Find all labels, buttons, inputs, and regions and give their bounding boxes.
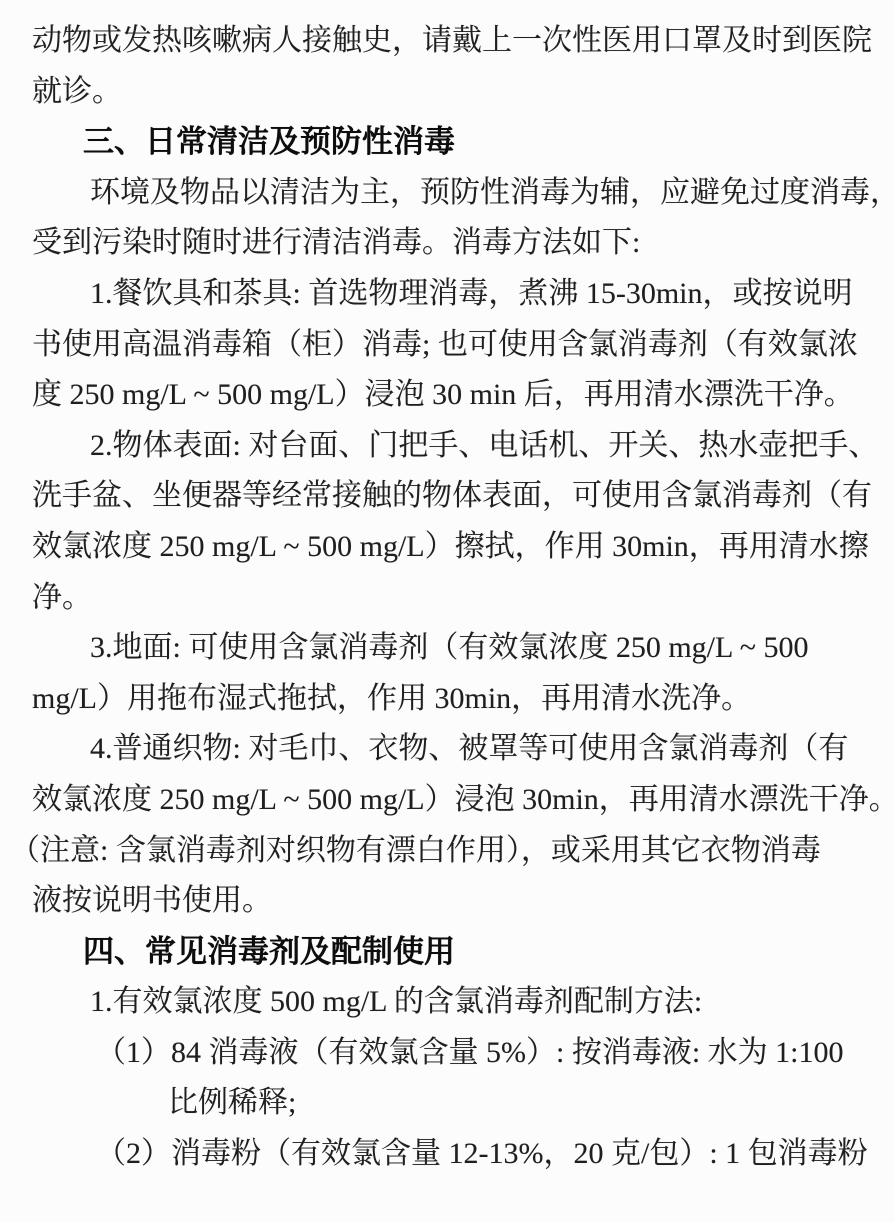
text-line: 液按说明书使用。 bbox=[32, 876, 864, 927]
list-item: 1.餐饮具和茶具: 首选物理消毒，煮沸 15-30min，或按说明 bbox=[32, 269, 864, 320]
text-line: 书使用高温消毒箱（柜）消毒; 也可使用含氯消毒剂（有效氯浓 bbox=[32, 320, 864, 371]
note-line: （注意: 含氯消毒剂对织物有漂白作用），或采用其它衣物消毒 bbox=[10, 826, 864, 877]
section-heading: 三、日常清洁及预防性消毒 bbox=[32, 117, 864, 168]
document-page: 动物或发热咳嗽病人接触史，请戴上一次性医用口罩及时到医院 就诊。 三、日常清洁及… bbox=[0, 0, 894, 1222]
text-line: mg/L）用拖布湿式拖拭，作用 30min，再用清水洗净。 bbox=[32, 674, 864, 725]
text-line: 受到污染时随时进行清洁消毒。消毒方法如下: bbox=[32, 218, 864, 269]
sub-list-item: （1）84 消毒液（有效氯含量 5%）: 按消毒液: 水为 1:100 bbox=[32, 1028, 864, 1079]
text-line: 动物或发热咳嗽病人接触史，请戴上一次性医用口罩及时到医院 bbox=[32, 16, 864, 67]
text-line: 洗手盆、坐便器等经常接触的物体表面，可使用含氯消毒剂（有 bbox=[32, 471, 864, 522]
list-item: 2.物体表面: 对台面、门把手、电话机、开关、热水壶把手、 bbox=[32, 421, 864, 472]
list-item: 3.地面: 可使用含氯消毒剂（有效氯浓度 250 mg/L ~ 500 bbox=[32, 623, 864, 674]
list-item: 4.普通织物: 对毛巾、衣物、被罩等可使用含氯消毒剂（有 bbox=[32, 724, 864, 775]
text-line: 就诊。 bbox=[32, 67, 864, 118]
sub-list-item: （2）消毒粉（有效氯含量 12-13%，20 克/包）: 1 包消毒粉 bbox=[32, 1129, 864, 1180]
text-line: 度 250 mg/L ~ 500 mg/L）浸泡 30 min 后，再用清水漂洗… bbox=[32, 370, 864, 421]
text-line: 效氯浓度 250 mg/L ~ 500 mg/L）擦拭，作用 30min，再用清… bbox=[32, 522, 864, 573]
text-line: 净。 bbox=[32, 573, 864, 624]
text-line: 效氯浓度 250 mg/L ~ 500 mg/L）浸泡 30min，再用清水漂洗… bbox=[32, 775, 864, 826]
list-item: 1.有效氯浓度 500 mg/L 的含氯消毒剂配制方法: bbox=[32, 977, 864, 1028]
text-line: 环境及物品以清洁为主，预防性消毒为辅，应避免过度消毒， bbox=[32, 168, 864, 219]
text-line: 比例稀释; bbox=[32, 1078, 864, 1129]
section-heading: 四、常见消毒剂及配制使用 bbox=[32, 927, 864, 978]
